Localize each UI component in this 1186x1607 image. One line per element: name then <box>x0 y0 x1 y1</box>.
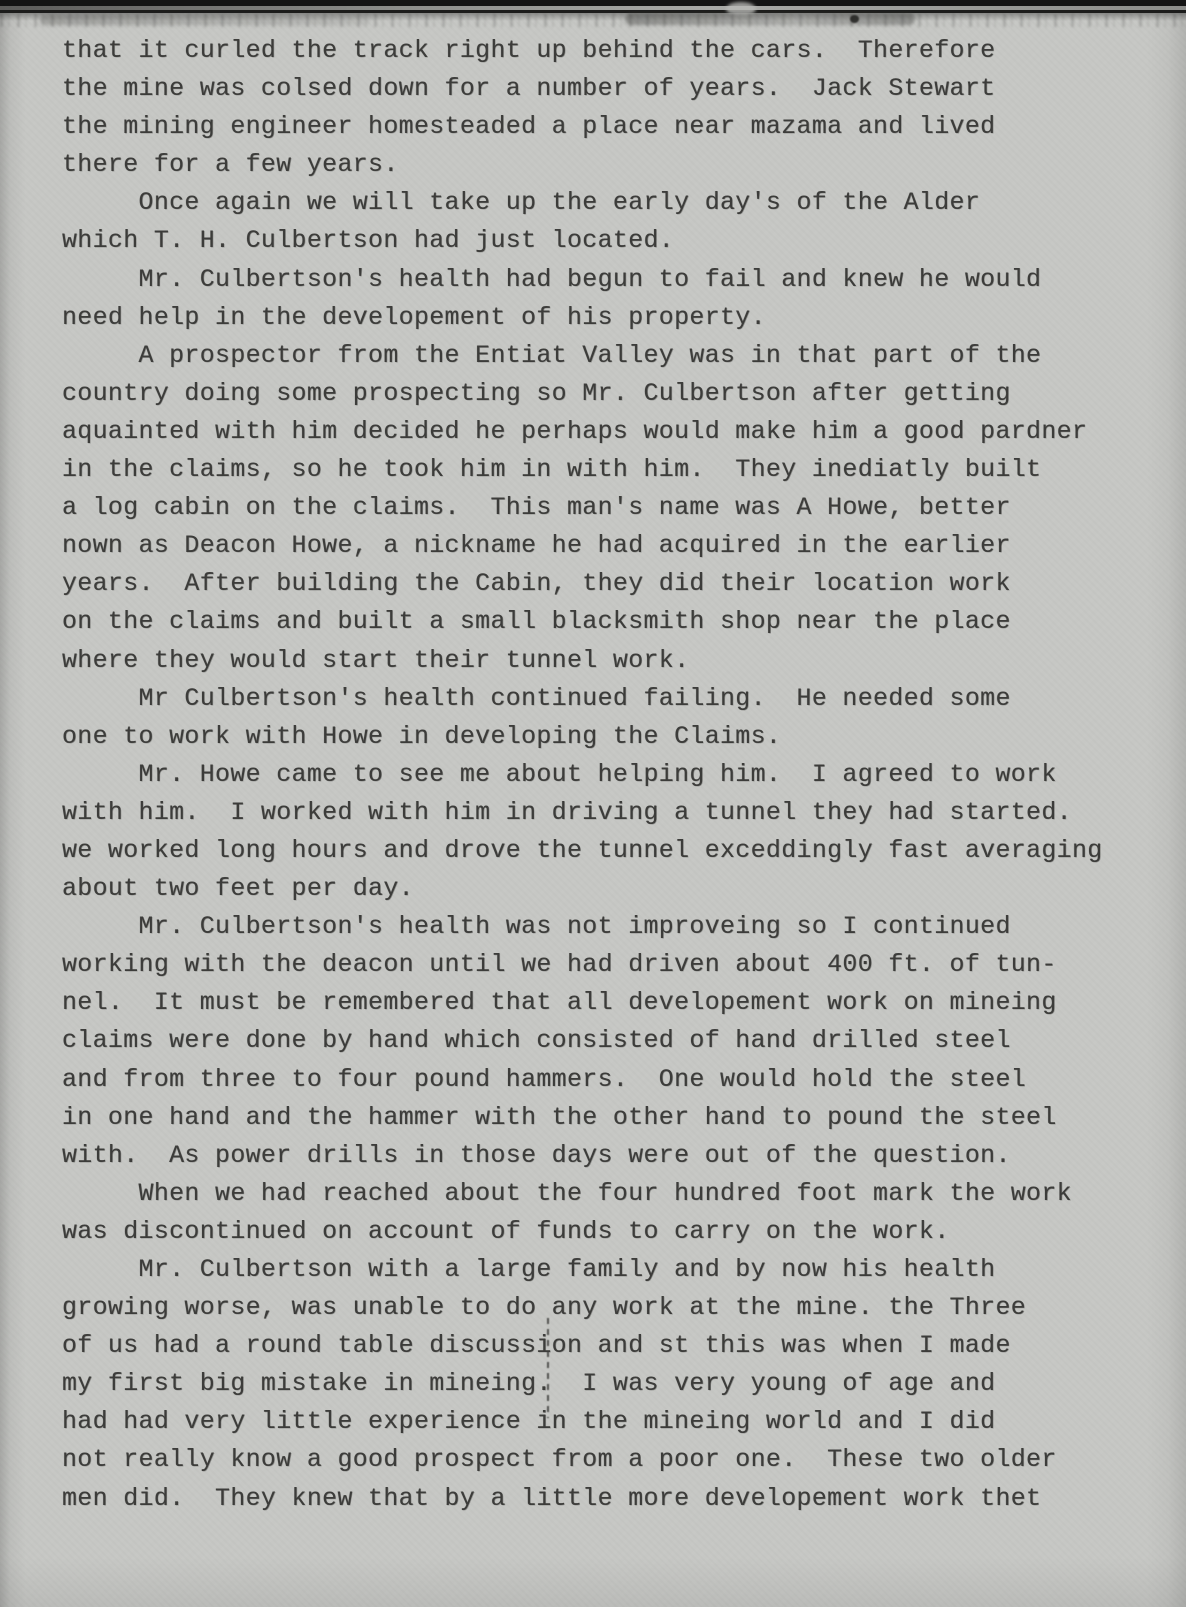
text-line: When we had reached about the four hundr… <box>62 1175 1142 1213</box>
text-line: and from three to four pound hammers. On… <box>62 1061 1142 1099</box>
text-line: where they would start their tunnel work… <box>62 642 1142 680</box>
text-line: in the claims, so he took him in with hi… <box>62 451 1142 489</box>
text-line: we worked long hours and drove the tunne… <box>62 832 1142 870</box>
text-line: not really know a good prospect from a p… <box>62 1441 1142 1479</box>
text-line: my first big mistake in mineing. I was v… <box>62 1365 1142 1403</box>
scan-smudge <box>625 13 915 25</box>
text-line: was discontinued on account of funds to … <box>62 1213 1142 1251</box>
text-line: one to work with Howe in developing the … <box>62 718 1142 756</box>
text-line: Mr. Culbertson's health had begun to fai… <box>62 261 1142 299</box>
text-line: had had very little experience in the mi… <box>62 1403 1142 1441</box>
text-line: a log cabin on the claims. This man's na… <box>62 489 1142 527</box>
text-line: men did. They knew that by a little more… <box>62 1480 1142 1518</box>
text-line: nown as Deacon Howe, a nickname he had a… <box>62 527 1142 565</box>
text-line: which T. H. Culbertson had just located. <box>62 222 1142 260</box>
text-line: growing worse, was unable to do any work… <box>62 1289 1142 1327</box>
text-line: Mr. Culbertson with a large family and b… <box>62 1251 1142 1289</box>
text-line: the mining engineer homesteaded a place … <box>62 108 1142 146</box>
text-line: claims were done by hand which consisted… <box>62 1022 1142 1060</box>
text-line: aquainted with him decided he perhaps wo… <box>62 413 1142 451</box>
text-line: years. After building the Cabin, they di… <box>62 565 1142 603</box>
text-line: about two feet per day. <box>62 870 1142 908</box>
text-line: A prospector from the Entiat Valley was … <box>62 337 1142 375</box>
text-line: country doing some prospecting so Mr. Cu… <box>62 375 1142 413</box>
text-line: with. As power drills in those days were… <box>62 1137 1142 1175</box>
text-line: that it curled the track right up behind… <box>62 32 1142 70</box>
text-line: Mr Culbertson's health continued failing… <box>62 680 1142 718</box>
text-line: with him. I worked with him in driving a… <box>62 794 1142 832</box>
text-line: in one hand and the hammer with the othe… <box>62 1099 1142 1137</box>
text-line: working with the deacon until we had dri… <box>62 946 1142 984</box>
text-line: of us had a round table discussion and s… <box>62 1327 1142 1365</box>
text-line: the mine was colsed down for a number of… <box>62 70 1142 108</box>
text-line: Mr. Culbertson's health was not improvei… <box>62 908 1142 946</box>
scan-smudge-dot <box>850 15 859 23</box>
text-line: Once again we will take up the early day… <box>62 184 1142 222</box>
text-line: Mr. Howe came to see me about helping hi… <box>62 756 1142 794</box>
text-line: nel. It must be remembered that all deve… <box>62 984 1142 1022</box>
text-line: on the claims and built a small blacksmi… <box>62 603 1142 641</box>
text-line: need help in the developement of his pro… <box>62 299 1142 337</box>
document-text: that it curled the track right up behind… <box>62 32 1142 1518</box>
text-line: there for a few years. <box>62 146 1142 184</box>
scanned-page: that it curled the track right up behind… <box>0 0 1186 1607</box>
scan-smudge <box>40 15 370 25</box>
